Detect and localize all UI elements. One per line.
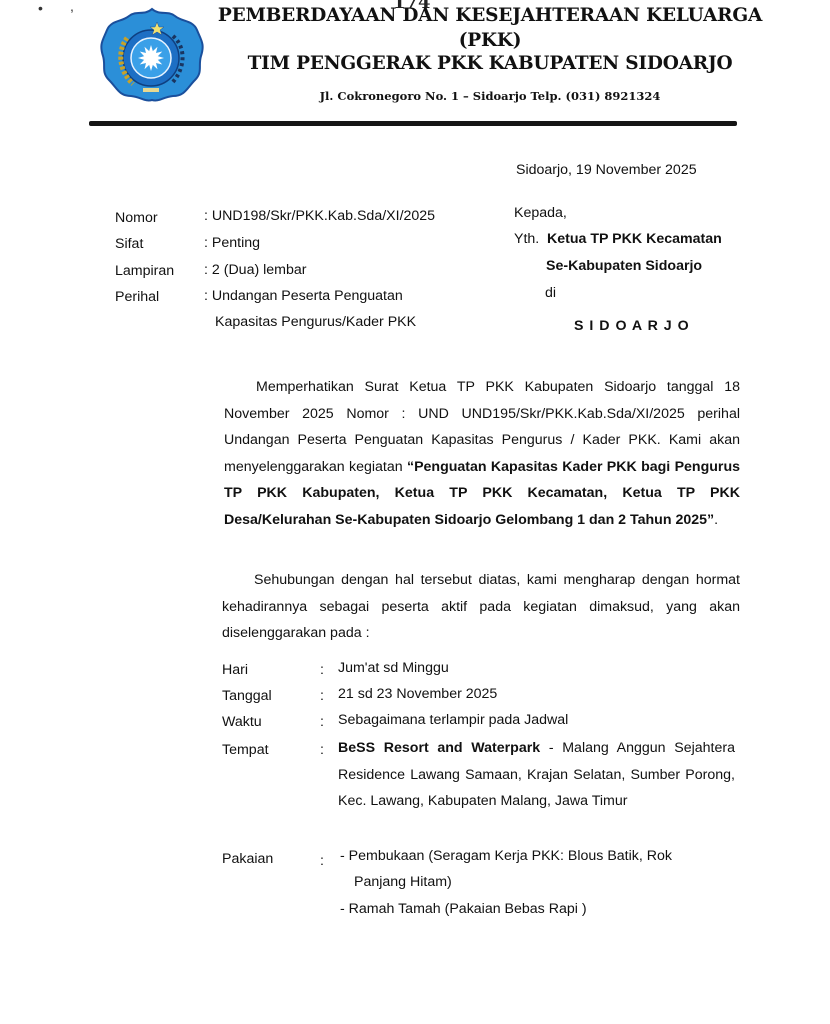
recipient-line2: Se-Kabupaten Sidoarjo (546, 253, 702, 280)
meta-value-lampiran: : 2 (Dua) lembar (204, 257, 307, 284)
meta-value-perihal-cont: Kapasitas Pengurus/Kader PKK (215, 309, 416, 336)
dress-item-2: - Ramah Tamah (Pakaian Bebas Rapi ) (340, 896, 587, 923)
event-label-hari: Hari (222, 657, 248, 684)
event-venue: BeSS Resort and Waterpark (338, 740, 540, 756)
event-colon: : (320, 848, 324, 875)
body-paragraph-1-end: . (714, 512, 718, 528)
letterhead-title-line1: PEMBERDAYAAN DAN KESEJAHTERAAN KELUARGA (200, 5, 780, 26)
meta-value-perihal: : Undangan Peserta Penguatan (204, 283, 403, 310)
letterhead-rule (89, 121, 737, 126)
recipient-line1: Ketua TP PKK Kecamatan (547, 226, 722, 253)
letterhead-address: Jl. Cokronegoro No. 1 – Sidoarjo Telp. (… (200, 89, 780, 103)
recipient-greeting: Kepada, (514, 200, 567, 227)
pkk-emblem-icon (97, 6, 207, 102)
recipient-di: di (545, 280, 556, 307)
scan-mark: • (38, 0, 43, 16)
meta-label-perihal: Perihal (115, 284, 159, 311)
event-colon: : (320, 737, 324, 764)
event-label-tempat: Tempat (222, 737, 269, 764)
event-label-tanggal: Tanggal (222, 683, 272, 710)
event-value-tanggal: 21 sd 23 November 2025 (338, 681, 497, 708)
place-date: Sidoarjo, 19 November 2025 (516, 157, 697, 184)
body-paragraph-1: Memperhatikan Surat Ketua TP PKK Kabupat… (224, 374, 740, 533)
event-value-waktu: Sebagaimana terlampir pada Jadwal (338, 707, 568, 734)
meta-label-sifat: Sifat (115, 231, 143, 258)
body-paragraph-2: Sehubungan dengan hal tersebut diatas, k… (222, 567, 740, 647)
event-colon: : (320, 657, 324, 684)
event-value-hari: Jum'at sd Minggu (338, 655, 449, 682)
meta-value-sifat: : Penting (204, 230, 260, 257)
recipient-yth: Yth. (514, 226, 539, 253)
body-paragraph-2-text: Sehubungan dengan hal tersebut diatas, k… (222, 572, 740, 641)
event-label-waktu: Waktu (222, 709, 262, 736)
dress-item-1: - Pembukaan (Seragam Kerja PKK: Blous Ba… (340, 843, 672, 870)
dress-item-1-cont: Panjang Hitam) (354, 869, 452, 896)
event-colon: : (320, 709, 324, 736)
event-label-pakaian: Pakaian (222, 846, 273, 873)
letterhead-title-line3: TIM PENGGERAK PKK KABUPATEN SIDOARJO (200, 53, 780, 74)
meta-value-nomor: : UND198/Skr/PKK.Kab.Sda/XI/2025 (204, 203, 435, 230)
meta-label-lampiran: Lampiran (115, 258, 174, 285)
event-colon: : (320, 683, 324, 710)
scan-mark: , (70, 0, 74, 14)
meta-label-nomor: Nomor (115, 205, 158, 232)
recipient-city: S I D O A R J O (574, 313, 690, 340)
event-value-tempat: BeSS Resort and Waterpark - Malang Anggu… (338, 735, 735, 815)
letterhead-title-line2: (PKK) (200, 30, 780, 51)
